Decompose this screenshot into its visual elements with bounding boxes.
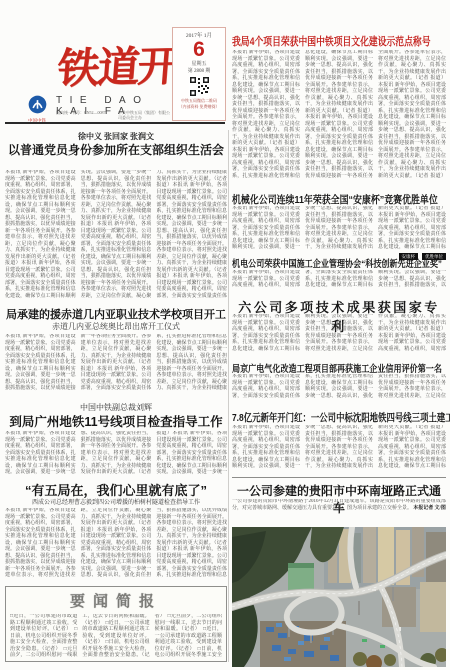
masthead-info-line1: 国内统一刊号：CN52—0087 — [56, 110, 116, 115]
photo-story-caption: 一公司参建的贵阳市中环南垭路于2016年12月31日建成通车。该路是贵阳市中环路… — [232, 499, 446, 525]
china-railway-logo-icon: 中国中铁 — [24, 95, 50, 121]
issue-number: 第 2808 期 — [173, 68, 225, 75]
date-weekday: 星期五 — [173, 61, 225, 68]
masthead-rule — [5, 122, 225, 124]
briefs-box: 要闻简报 □近日，一公司承建的市政道路工程顺利通过竣工验收，受到建设单位好评。（… — [5, 586, 227, 662]
photo-credit: 本报记者 文/图 — [413, 506, 446, 511]
article-body: 本报讯 新年伊始，各项目建设现场一派繁忙景象。公司党委高度重视，精心组织，周密部… — [232, 50, 446, 186]
article-body: 本报讯 新年伊始，各项目建设现场一派繁忙景象。公司党委高度重视，精心组织，周密部… — [232, 270, 446, 294]
article-title: 机电公司荣获中国施工企业管理协会“科技创新先进企业奖” — [232, 256, 446, 270]
article-title: 机械化公司连续11年荣获全国“安康杯”竞赛优胜单位 — [232, 192, 446, 207]
article-body: 本报讯 新年伊始，各项目建设现场一派繁忙景象。公司党委高度重视，精心组织，周密部… — [5, 431, 227, 477]
masthead-info-line2: 中共中铁五局（集团）有限公司委员会主办 — [118, 110, 170, 120]
article-title: 以普通党员身份参加所在支部组织生活会 — [5, 141, 227, 158]
qr-code — [189, 76, 210, 97]
newspaper-page: 铁道开发 中国中铁 TIE DAO KAI FA 国内统一刊号：CN52—008… — [0, 0, 450, 670]
date-box: 2017年 1月 6 星期五 第 2808 期 中铁五局微信二维码 （内部资料 … — [172, 27, 226, 121]
qr-note: （内部资料 免费赠阅） — [173, 104, 225, 110]
article-title: 我局4个项目荣获中国中铁项目文化建设示范点称号 — [232, 33, 446, 49]
article-subtitle: 赤道几内亚总统奥比昂出席开工仪式 — [5, 321, 227, 332]
article-body: 本报讯 新年伊始，各项目建设现场一派繁忙景象。公司党委高度重视，精心组织，周密部… — [5, 508, 227, 582]
aerial-photo — [232, 527, 446, 667]
column-divider — [228, 130, 229, 662]
article-body: 本报讯 新年伊始，各项目建设现场一派繁忙景象。公司党委高度重视，精心组织，周密部… — [232, 425, 446, 471]
article-body: 本报讯 新年伊始，各项目建设现场一派繁忙景象。公司党委高度重视，精心组织，周密部… — [232, 314, 446, 358]
article-body: 本报讯 新年伊始，各项目建设现场一派繁忙景象。公司党委高度重视，精心组织，周密部… — [5, 170, 227, 300]
briefs-title: 要闻简报 — [6, 590, 226, 611]
article-body: 本报讯 新年伊始，各项目建设现场一派繁忙景象。公司党委高度重视，精心组织，周密部… — [5, 334, 227, 398]
article-body: 本报讯 新年伊始，各项目建设现场一派繁忙景象。公司党委高度重视，精心组织，周密部… — [232, 374, 446, 406]
section-rule — [232, 477, 446, 478]
article-title: 局承建的援赤道几内亚职业技术学校项目开工 — [5, 306, 227, 322]
briefs-body: □近日，一公司承建的市政道路工程顺利通过竣工验收，受到建设单位好评。（记者） □… — [10, 614, 222, 662]
article-title: 局京广电气化改造工程项目部再获施工企业信用评价第一名 — [232, 361, 446, 375]
article-title: 7.8亿元新年开门红：一公司中标沈阳地铁四号线三项土建工程 — [232, 410, 446, 425]
date-day: 6 — [173, 39, 225, 61]
article-title: 到局广州地铁11号线项目检查指导工作 — [5, 412, 227, 430]
article-subtitle: 西成公司总经理曹志毅到四公司增援的柏树村隧道检查指导工作 — [5, 497, 227, 506]
